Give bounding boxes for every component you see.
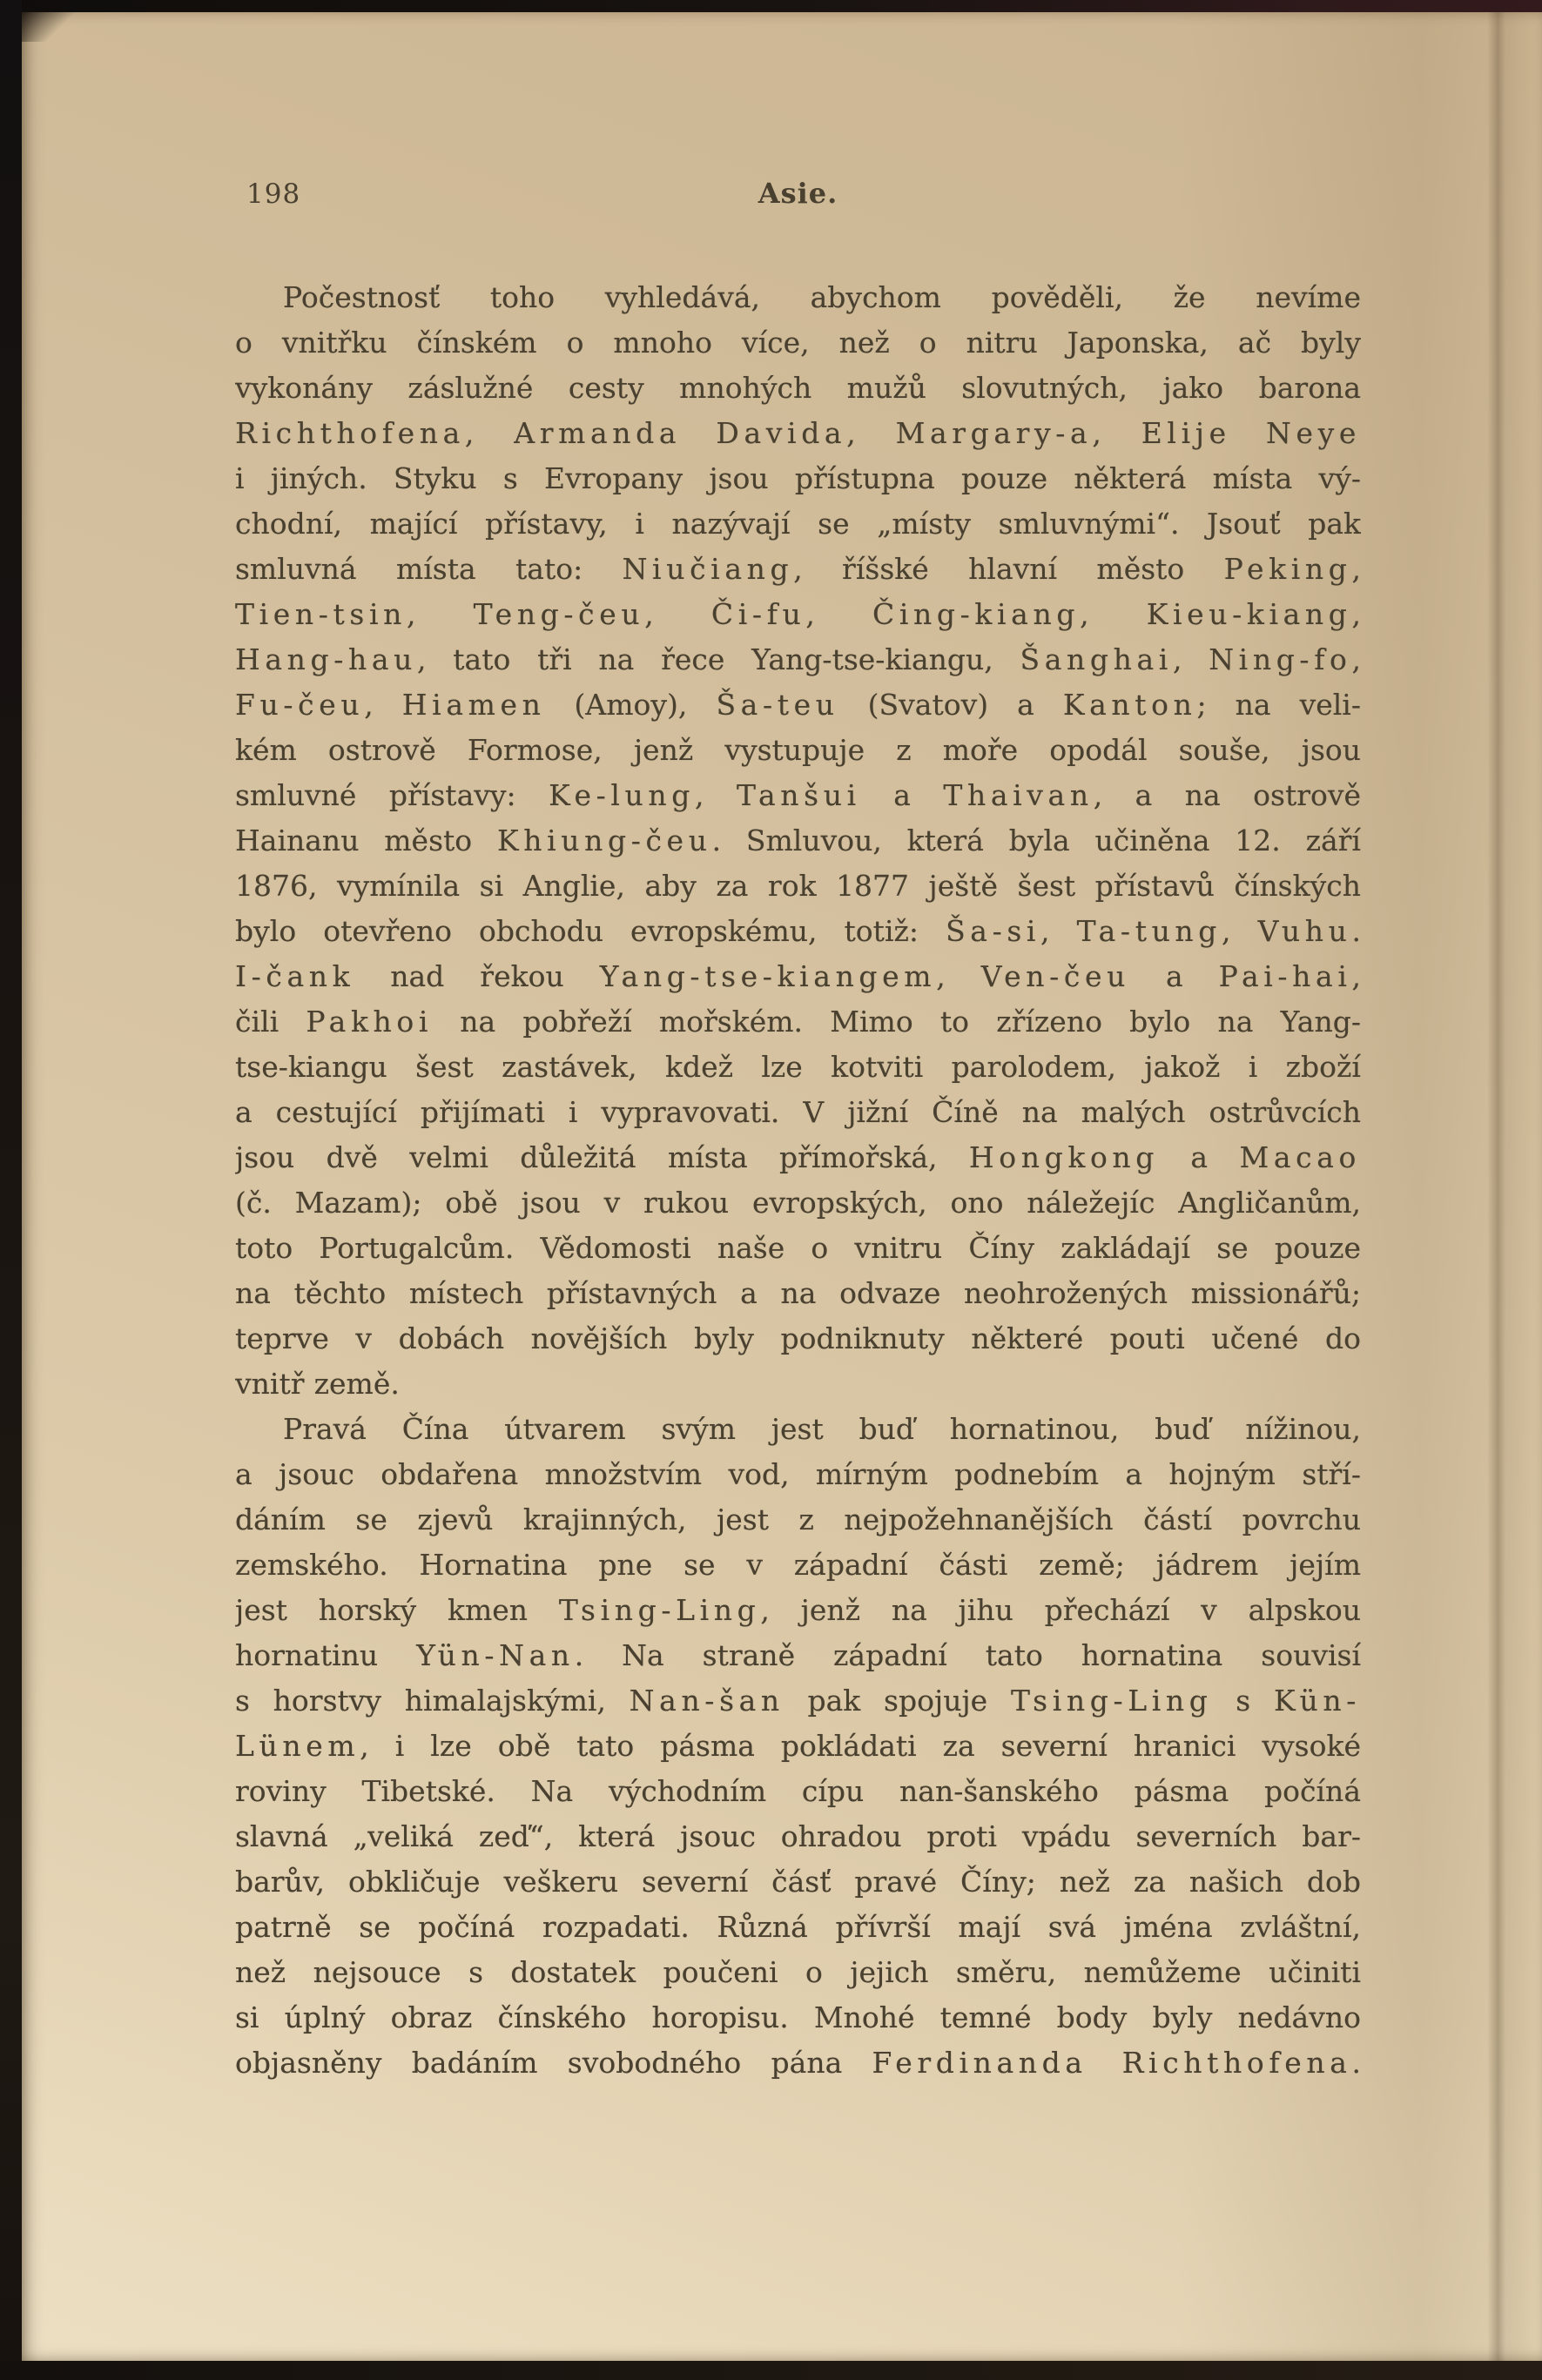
text-run: , (364, 688, 402, 722)
scan-corner-shadow (22, 12, 83, 42)
text-run: (Svatov) a (839, 688, 1063, 722)
text-run: a cestující přijímati i vypravovati. V j… (235, 1095, 1361, 1129)
text-run: s horstvy himalajskými, (235, 1684, 630, 1718)
text-line: tse-kiangu šest zastávek, kdež lze kotvi… (235, 1045, 1361, 1090)
spaced-proper-name: Yün-Nan (416, 1638, 575, 1672)
text-run: objasněny badáním svobodného pána (235, 2046, 872, 2080)
text-line: hornatinu Yün-Nan. Na straně západní tat… (235, 1633, 1361, 1678)
text-line: barův, obkličuje veškeru severní čásť pr… (235, 1859, 1361, 1905)
scan-edge-left (0, 0, 22, 2380)
spaced-proper-name: Ša-si (946, 914, 1040, 948)
spaced-proper-name: Šanghai (1020, 642, 1173, 676)
text-run: , tato tři na řece Yang-tse-kiangu, (417, 642, 1020, 676)
text-line: kém ostrově Formose, jenž vystupuje z mo… (235, 728, 1361, 773)
text-run: . Na straně západní tato hornatina souvi… (575, 1638, 1361, 1672)
text-run: toto Portugalcům. Vědomosti naše o vnitr… (235, 1231, 1361, 1265)
text-run: , (407, 597, 474, 631)
text-line: na těchto místech přístavných a na odvaz… (235, 1271, 1361, 1316)
text-line: i jiných. Styku s Evropany jsou přístupn… (235, 456, 1361, 501)
text-run: na těchto místech přístavných a na odvaz… (235, 1276, 1361, 1310)
text-run: roviny Tibetské. Na východním cípu nan-š… (235, 1774, 1361, 1808)
text-line: bylo otevřeno obchodu evropskému, totiž:… (235, 909, 1361, 954)
text-line: Tien-tsin, Teng-čeu, Či-fu, Čing-kiang, … (235, 592, 1361, 637)
text-run: nad řekou (354, 959, 599, 993)
text-line: Fu-čeu, Hiamen (Amoy), Ša-teu (Svatov) a… (235, 682, 1361, 728)
text-run: na pobřeží mořském. Mimo to zřízeno bylo… (433, 1005, 1361, 1039)
text-line: teprve v dobách novějších byly podniknut… (235, 1316, 1361, 1361)
text-line: než nejsouce s dostatek poučeni o jejich… (235, 1950, 1361, 1995)
spaced-proper-name: Tsing-Ling (1011, 1684, 1213, 1718)
text-line: o vnitřku čínském o mnoho více, než o ni… (235, 320, 1361, 366)
text-run: vykonány záslužné cesty mnohých mužů slo… (235, 371, 1361, 405)
text-run: 1876, vymínila si Anglie, aby za rok 187… (235, 869, 1361, 903)
text-run: pak spojuje (784, 1684, 1011, 1718)
text-run: . (1351, 2046, 1361, 2080)
spaced-proper-name: Yang-tse-kiangem (600, 959, 937, 993)
text-run: jest horský kmen (235, 1593, 559, 1627)
text-line: vykonány záslužné cesty mnohých mužů slo… (235, 366, 1361, 411)
spaced-proper-name: Teng-čeu (474, 597, 645, 631)
text-run: , (1352, 642, 1362, 676)
text-run: , (1352, 597, 1361, 631)
text-run: i jiných. Styku s Evropany jsou přístupn… (235, 461, 1361, 495)
text-run: s (1213, 1684, 1274, 1718)
text-run: a jsouc obdařena množstvím vod, mírným p… (235, 1457, 1361, 1491)
spaced-proper-name: Ša-teu (716, 688, 838, 722)
spaced-proper-name: Thaivan (943, 778, 1093, 812)
text-run: , (1040, 914, 1077, 948)
spaced-proper-name: Tien-tsin (235, 597, 407, 631)
text-line: Počestnosť toho vyhledává, abychom pověd… (235, 275, 1361, 320)
spaced-proper-name: Kün- (1274, 1684, 1361, 1718)
text-run: , a na ostrově (1094, 778, 1361, 812)
text-line: Hainanu město Khiung-čeu. Smluvou, která… (235, 818, 1361, 864)
text-run: smluvná místa tato: (235, 552, 623, 586)
text-run: Pravá Čína útvarem svým jest buď hornati… (283, 1412, 1361, 1446)
text-line: dáním se zjevů krajinných, jest z nejpož… (235, 1497, 1361, 1543)
spaced-proper-name: Ven-čeu (981, 959, 1130, 993)
text-run: kém ostrově Formose, jenž vystupuje z mo… (235, 733, 1361, 767)
text-line: smluvné přístavy: Ke-lung, Tanšui a Thai… (235, 773, 1361, 818)
text-run: patrně se počíná rozpadati. Různá přívrš… (235, 1910, 1361, 1944)
text-line: (č. Mazam); obě jsou v rukou evropských,… (235, 1180, 1361, 1226)
spaced-proper-name: Čing-kiang (872, 597, 1080, 631)
text-run: (Amoy), (546, 688, 717, 722)
spaced-proper-name: Tsing-Ling (559, 1593, 761, 1627)
text-run: ; na veli- (1196, 688, 1361, 722)
text-run: smluvné přístavy: (235, 778, 549, 812)
text-run: , (695, 778, 737, 812)
spaced-proper-name: Peking (1224, 552, 1352, 586)
text-run: , jenž na jihu přechází v alpskou (760, 1593, 1361, 1627)
spaced-proper-name: Ferdinanda Richthofena (872, 2046, 1352, 2080)
text-line: jsou dvě velmi důležitá místa přímořská,… (235, 1135, 1361, 1180)
scan-edge-top (0, 0, 1542, 12)
text-run: zemského. Hornatina pne se v západní čás… (235, 1548, 1361, 1582)
scan-edge-bottom (0, 2361, 1542, 2380)
text-line: Lünem, i lze obě tato pásma pokládati za… (235, 1724, 1361, 1769)
text-run: , (1222, 914, 1258, 948)
text-run: o vnitřku čínském o mnoho více, než o ni… (235, 326, 1361, 360)
text-run: tse-kiangu šest zastávek, kdež lze kotvi… (235, 1050, 1361, 1084)
text-run: a (1130, 959, 1219, 993)
text-run: než nejsouce s dostatek poučeni o jejich… (235, 1955, 1361, 1989)
spaced-proper-name: Pakhoi (306, 1005, 433, 1039)
text-line: a jsouc obdařena množstvím vod, mírným p… (235, 1452, 1361, 1497)
text-run: , i lze obě tato pásma pokládati za seve… (360, 1729, 1361, 1763)
text-run: si úplný obraz čínského horopisu. Mnohé … (235, 2000, 1361, 2034)
spaced-proper-name: Hang-hau (235, 642, 417, 676)
text-run: chodní, mající přístavy, i nazývají se „… (235, 507, 1361, 541)
text-line: Pravá Čína útvarem svým jest buď hornati… (235, 1407, 1361, 1452)
text-run: Hainanu město (235, 824, 497, 857)
spaced-proper-name: Lünem (235, 1729, 360, 1763)
spaced-proper-name: Pai-hai (1219, 959, 1352, 993)
text-line: patrně se počíná rozpadati. Různá přívrš… (235, 1905, 1361, 1950)
spaced-proper-name: Či-fu (711, 597, 805, 631)
text-line: vnitř země. (235, 1361, 1361, 1407)
spaced-proper-name: Ke-lung (549, 778, 695, 812)
running-header: Asie. (235, 177, 1361, 210)
text-line: objasněny badáním svobodného pána Ferdin… (235, 2040, 1361, 2086)
text-line: čili Pakhoi na pobřeží mořském. Mimo to … (235, 999, 1361, 1045)
text-run: , říšské hlavní město (793, 552, 1223, 586)
body-text: Počestnosť toho vyhledává, abychom pověd… (235, 275, 1361, 2086)
text-run: vnitř země. (235, 1367, 400, 1401)
spaced-proper-name: Ta-tung (1077, 914, 1222, 948)
spaced-proper-name: Ning-fo (1209, 642, 1351, 676)
text-line: toto Portugalcům. Vědomosti naše o vnitr… (235, 1226, 1361, 1271)
text-run: dáním se zjevů krajinných, jest z nejpož… (235, 1503, 1361, 1536)
text-run: bylo otevřeno obchodu evropskému, totiž: (235, 914, 946, 948)
text-run: , (1080, 597, 1147, 631)
spaced-proper-name: Khiung-čeu (497, 824, 712, 857)
text-line: I-čank nad řekou Yang-tse-kiangem, Ven-č… (235, 954, 1361, 999)
spaced-proper-name: Hiamen (402, 688, 546, 722)
text-line: slavná „veliká zeď“, která jsouc ohradou… (235, 1814, 1361, 1859)
text-run: . (1352, 914, 1362, 948)
spaced-proper-name: Richthofena, Armanda Davida, Margary-a, … (235, 416, 1361, 450)
text-run: a (1159, 1140, 1239, 1174)
spaced-proper-name: Fu-čeu (235, 688, 364, 722)
spaced-proper-name: Tanšui (737, 778, 861, 812)
text-run: hornatinu (235, 1638, 416, 1672)
text-line: Hang-hau, tato tři na řece Yang-tse-kian… (235, 637, 1361, 682)
text-run: , (1352, 959, 1362, 993)
text-line: smluvná místa tato: Niučiang, říšské hla… (235, 547, 1361, 592)
text-line: jest horský kmen Tsing-Ling, jenž na jih… (235, 1588, 1361, 1633)
spaced-proper-name: Hongkong (969, 1140, 1159, 1174)
text-line: 1876, vymínila si Anglie, aby za rok 187… (235, 864, 1361, 909)
text-line: a cestující přijímati i vypravovati. V j… (235, 1090, 1361, 1135)
spaced-proper-name: Kieu-kiang (1147, 597, 1352, 631)
text-run: , (805, 597, 872, 631)
text-line: si úplný obraz čínského horopisu. Mnohé … (235, 1995, 1361, 2040)
text-run: , (936, 959, 980, 993)
scanned-book-page: { "page": { "page_number": "198", "runni… (0, 0, 1542, 2380)
text-line: chodní, mající přístavy, i nazývají se „… (235, 501, 1361, 547)
text-run: , (644, 597, 711, 631)
text-run: Počestnosť toho vyhledává, abychom pověd… (283, 280, 1361, 314)
text-run: , (1352, 552, 1362, 586)
text-run: teprve v dobách novějších byly podniknut… (235, 1321, 1361, 1355)
text-run: a (861, 778, 944, 812)
spaced-proper-name: Macao (1239, 1140, 1361, 1174)
text-run: čili (235, 1005, 306, 1039)
text-line: s horstvy himalajskými, Nan-šan pak spoj… (235, 1678, 1361, 1724)
text-run: , (1173, 642, 1209, 676)
spaced-proper-name: I-čank (235, 959, 354, 993)
spaced-proper-name: Niučiang (623, 552, 794, 586)
text-run: (č. Mazam); obě jsou v rukou evropských,… (235, 1186, 1361, 1220)
text-run: slavná „veliká zeď“, která jsouc ohradou… (235, 1819, 1361, 1853)
text-run: barův, obkličuje veškeru severní čásť pr… (235, 1865, 1361, 1899)
text-line: zemského. Hornatina pne se v západní čás… (235, 1543, 1361, 1588)
spaced-proper-name: Kanton (1063, 688, 1197, 722)
spaced-proper-name: Vuhu (1258, 914, 1352, 948)
text-line: roviny Tibetské. Na východním cípu nan-š… (235, 1769, 1361, 1814)
text-run: jsou dvě velmi důležitá místa přímořská, (235, 1140, 969, 1174)
spaced-proper-name: Nan-šan (630, 1684, 784, 1718)
text-line: Richthofena, Armanda Davida, Margary-a, … (235, 411, 1361, 456)
text-run: . Smluvou, která byla učiněna 12. září (712, 824, 1361, 857)
